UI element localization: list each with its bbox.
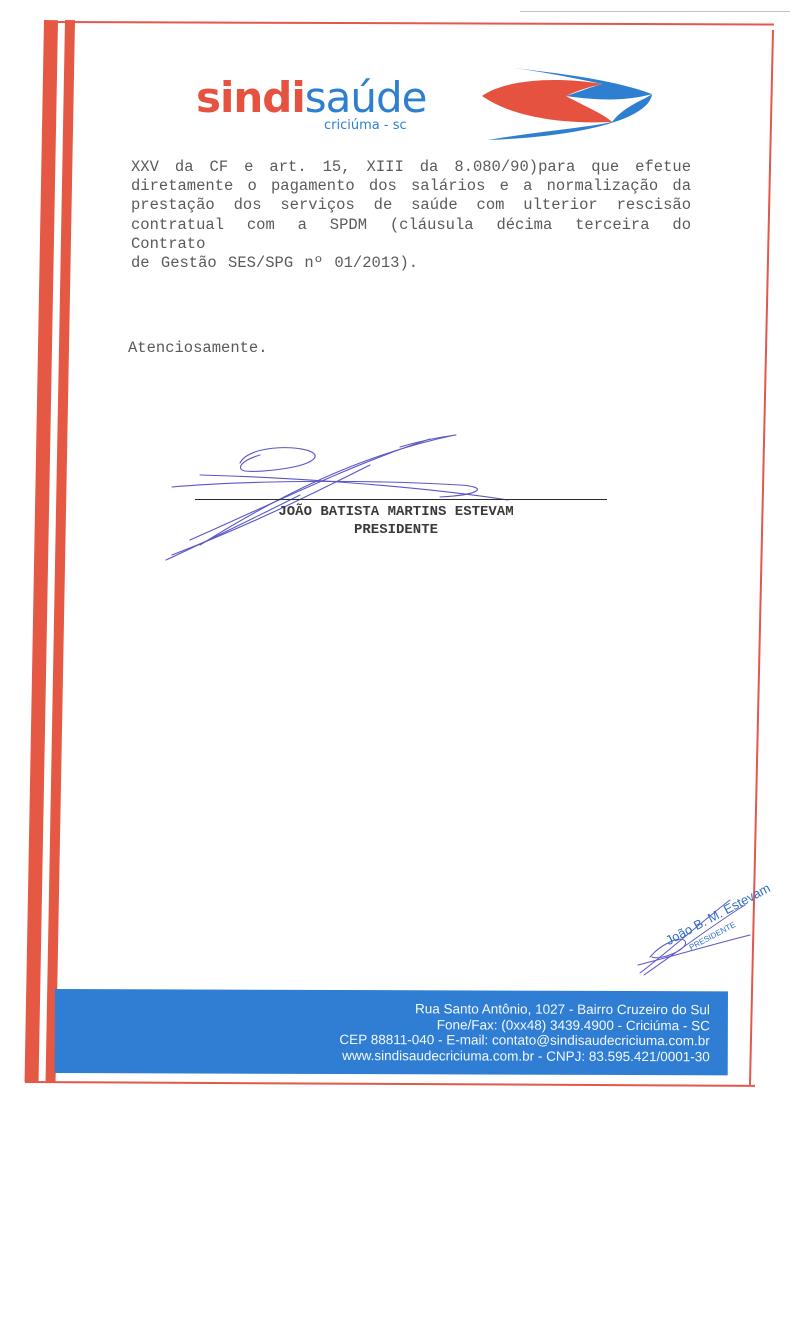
brand-name-sindi: sindi bbox=[196, 73, 305, 122]
brand-name-saude: saúde bbox=[305, 73, 427, 122]
page-border-bottom bbox=[25, 1081, 755, 1087]
footer-address: Rua Santo Antônio, 1027 - Bairro Cruzeir… bbox=[340, 1001, 710, 1018]
signer-name: JOÃO BATISTA MARTINS ESTEVAM bbox=[195, 504, 607, 520]
swoosh-logo-icon bbox=[474, 66, 654, 146]
footer-website: www.sindisaudecriciuma.com.br - CNPJ: 83… bbox=[339, 1047, 709, 1064]
footer-phone: Fone/Fax: (0xx48) 3439.4900 - Criciúma -… bbox=[339, 1016, 709, 1033]
brand-name: sindisaúde bbox=[196, 74, 427, 122]
footer-email: CEP 88811-040 - E-mail: contato@sindisau… bbox=[339, 1032, 709, 1049]
body-line: XXV da CF e art. 15, XIII da 8.080/90)pa… bbox=[131, 158, 691, 177]
body-line: diretamente o pagamento dos salários e a… bbox=[131, 177, 691, 196]
footer-contact-band: Rua Santo Antônio, 1027 - Bairro Cruzeir… bbox=[55, 989, 728, 1075]
brand-location: criciúma - sc bbox=[324, 118, 407, 133]
handwritten-signature-icon bbox=[160, 425, 620, 565]
signer-title: PRESIDENTE bbox=[195, 522, 607, 538]
body-line: prestação dos serviços de saúde com ulte… bbox=[131, 196, 691, 215]
footer-contact-info: Rua Santo Antônio, 1027 - Bairro Cruzeir… bbox=[339, 1001, 710, 1064]
closing-salutation: Atenciosamente. bbox=[128, 339, 268, 357]
page-border-top bbox=[46, 21, 774, 26]
letter-page: sindisaúde criciúma - sc XXV da CF e art… bbox=[0, 0, 800, 1100]
signature-line bbox=[195, 499, 607, 500]
body-line: contratual com a SPDM (cláusula décima t… bbox=[131, 216, 691, 254]
letter-body: XXV da CF e art. 15, XIII da 8.080/90)pa… bbox=[131, 158, 691, 273]
signature-stamp: João B. M. Estevam PRESIDENTE bbox=[630, 895, 760, 980]
body-line: de Gestão SES/SPG nº 01/2013). bbox=[131, 254, 691, 273]
letterhead-logo: sindisaúde criciúma - sc bbox=[196, 74, 656, 154]
